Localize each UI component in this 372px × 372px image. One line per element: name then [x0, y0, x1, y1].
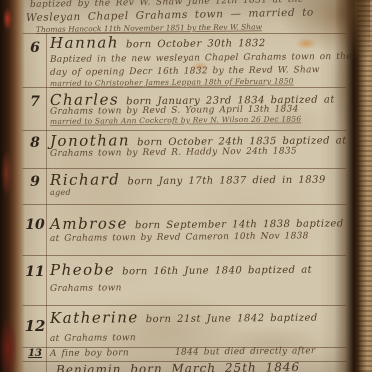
entry-text: 1844 but died directly after — [175, 346, 316, 357]
register-entry: 9 Richardborn Jany 17th 1837 died in 183… — [50, 168, 344, 204]
entry-note-line: married to Christopher James Leppan 18th… — [50, 76, 294, 88]
entry-number: 10 — [24, 217, 46, 233]
entry-detail-line: A fine boy born1844 but died directly af… — [50, 346, 316, 359]
entry-text: born Jany 17th 1837 died in 1839 — [127, 175, 326, 188]
entry-number: 8 — [24, 135, 46, 151]
entry-name-line: Pheobeborn 16th June 1840 baptized at — [50, 258, 312, 279]
register-entry: 7 Charlesborn January 23rd 1834 baptized… — [50, 88, 344, 130]
entry-name-line: Richardborn Jany 17th 1837 died in 1839 — [50, 168, 326, 189]
ruled-line — [22, 204, 346, 205]
entry-note-line: married to Sarah Ann Cockcroft by Rev N.… — [50, 114, 301, 126]
entry-detail-line: at Grahams town by Revd Cameron 10th Nov… — [50, 231, 309, 244]
spine-red-mark — [1, 150, 12, 196]
entry-detail-line: Baptized in the new wesleyan Chapel Grah… — [50, 52, 352, 65]
book-page-edges — [334, 0, 372, 372]
entry-number: 13 — [24, 348, 46, 359]
spine-red-mark — [3, 8, 12, 30]
entry-text: born October 30th 1832 — [126, 38, 266, 50]
entry-name-line: Hannahborn October 30th 1832 — [50, 31, 266, 52]
entry-number: 9 — [24, 174, 46, 190]
spine-red-mark — [0, 318, 16, 372]
child-name: Hannah — [50, 33, 119, 52]
child-name: Ambrose — [50, 214, 128, 233]
clipped-bottom-line: Benjamin born March 25th 1846 — [56, 360, 300, 372]
register-entry: 8 Jonothanborn October 24th 1835 baptize… — [50, 130, 344, 168]
entry-name-line: Katherineborn 21st June 1842 baptized — [50, 306, 318, 327]
ruled-line — [22, 255, 346, 256]
entry-text: born 16th June 1840 baptized at — [122, 265, 312, 278]
child-name: Jonothan — [50, 131, 130, 150]
register-entry: 11 Pheobeborn 16th June 1840 baptized at… — [50, 257, 344, 305]
entry-number: 12 — [24, 317, 46, 335]
register-entry: 6 Hannahborn October 30th 1832 Baptized … — [50, 33, 344, 88]
register-page-photo: baptized by the Rev W. Shaw June 12th 18… — [0, 0, 372, 372]
entry-text: born September 14th 1838 baptized — [135, 218, 344, 231]
entry-number: 6 — [24, 40, 46, 56]
entry-detail-line: Grahams town by Revd R. Haddy Nov 24th 1… — [50, 146, 297, 159]
register-entry: 12 Katherineborn 21st June 1842 baptized… — [50, 305, 344, 348]
entry-name-line: Ambroseborn September 14th 1838 baptized — [50, 211, 344, 233]
entry-detail-line: at Grahams town — [50, 333, 136, 344]
child-name: Richard — [50, 170, 121, 189]
entry-detail-line: Grahams town — [50, 283, 122, 294]
register-entry: 10 Ambroseborn September 14th 1838 bapti… — [50, 207, 344, 255]
column-divider-line — [46, 33, 47, 372]
entry-detail-line: aged — [50, 188, 71, 197]
entry-number: 11 — [24, 264, 46, 280]
book-spine — [0, 0, 25, 372]
entry-text: A fine boy born — [50, 348, 129, 359]
entry-number: 7 — [24, 94, 46, 110]
child-name: Katherine — [50, 308, 139, 327]
child-name: Pheobe — [50, 260, 115, 279]
entry-text: born 21st June 1842 baptized — [146, 313, 318, 326]
